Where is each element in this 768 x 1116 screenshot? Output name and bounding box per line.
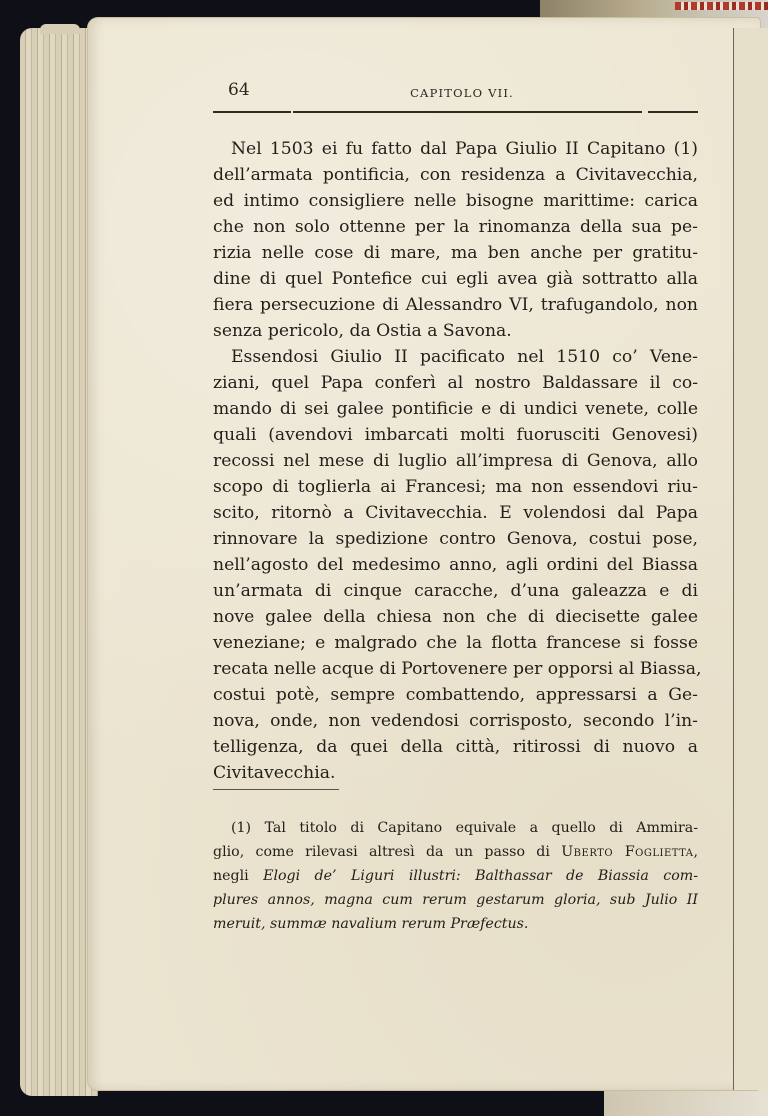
page-stack-edges [20,28,98,1096]
text-line: Nel 1503 ei fu fatto dal Papa Giulio II … [213,136,698,162]
text-line: dine di quel Pontefice cui egli avea già… [213,266,698,292]
footnote-line: meruit, summæ navalium rerum Præfectus. [213,912,698,936]
paragraph-1: Nel 1503 ei fu fatto dal Papa Giulio II … [213,136,698,344]
footnote-line: plures annos, magna cum rerum gestarum g… [213,888,698,912]
rule-segment [293,111,642,113]
rule-segment [648,111,698,113]
body-text: Nel 1503 ei fu fatto dal Papa Giulio II … [213,136,698,786]
text-line: senza pericolo, da Ostia a Savona. [213,318,698,344]
footnote-line: negli Elogi de’ Liguri illustri: Balthas… [213,864,698,888]
footnote-line: (1) Tal titolo di Capitano equivale a qu… [213,816,698,840]
text-line: Civitavecchia. [213,760,698,786]
background-objects-bottom [604,1090,768,1116]
rule-segment [213,111,291,113]
author-name: Uberto Foglietta [561,844,693,860]
text-line: Essendosi Giulio II pacificato nel 1510 … [213,344,698,370]
text-line: rinnovare la spedizione contro Genova, c… [213,526,698,552]
text-line: ed intimo consigliere nelle bisogne mari… [213,188,698,214]
text-line: costui potè, sempre combattendo, appress… [213,682,698,708]
footnote: (1) Tal titolo di Capitano equivale a qu… [213,816,698,936]
paragraph-2: Essendosi Giulio II pacificato nel 1510 … [213,344,698,786]
text-line: ziani, quel Papa conferì al nostro Balda… [213,370,698,396]
footnote-marker: (1) [231,820,251,836]
text-line: scopo di toglierla ai Francesi; ma non e… [213,474,698,500]
facing-page-edge [733,28,768,1090]
page-stack-top [40,24,80,34]
footnote-line: glio, come rilevasi altresì da un passo … [213,840,698,864]
text-line: che non solo ottenne per la rinomanza de… [213,214,698,240]
text-line: mando di sei galee pontificie e di undic… [213,396,698,422]
text-line: nove galee della chiesa non che di dieci… [213,604,698,630]
header-rule [213,111,698,113]
text-line: quali (avendovi imbarcati molti fuorusci… [213,422,698,448]
text-line: recata nelle acque di Portovenere per op… [213,656,698,682]
latin-quote: Elogi de’ Liguri illustri: Balthassar de… [263,868,698,884]
text-line: scito, ritornò a Civitavecchia. E volend… [213,500,698,526]
chapter-title: CAPITOLO VII. [228,86,696,100]
text-line: fiera persecuzione di Alessandro VI, tra… [213,292,698,318]
text-line: veneziane; e malgrado che la flotta fran… [213,630,698,656]
text-line: dell’armata pontificia, con residenza a … [213,162,698,188]
text-line: rizia nelle cose di mare, ma ben anche p… [213,240,698,266]
text-line: telligenza, da quei della città, ritiros… [213,734,698,760]
footnote-rule [213,789,339,790]
text-line: recossi nel mese di luglio all’impresa d… [213,448,698,474]
red-ribbon [675,2,768,10]
text-line: nova, onde, non vedendosi corrisposto, s… [213,708,698,734]
text-line: un’armata di cinque caracche, d’una gale… [213,578,698,604]
text-line: nell’agosto del medesimo anno, agli ordi… [213,552,698,578]
running-head: 64 CAPITOLO VII. [228,80,696,104]
